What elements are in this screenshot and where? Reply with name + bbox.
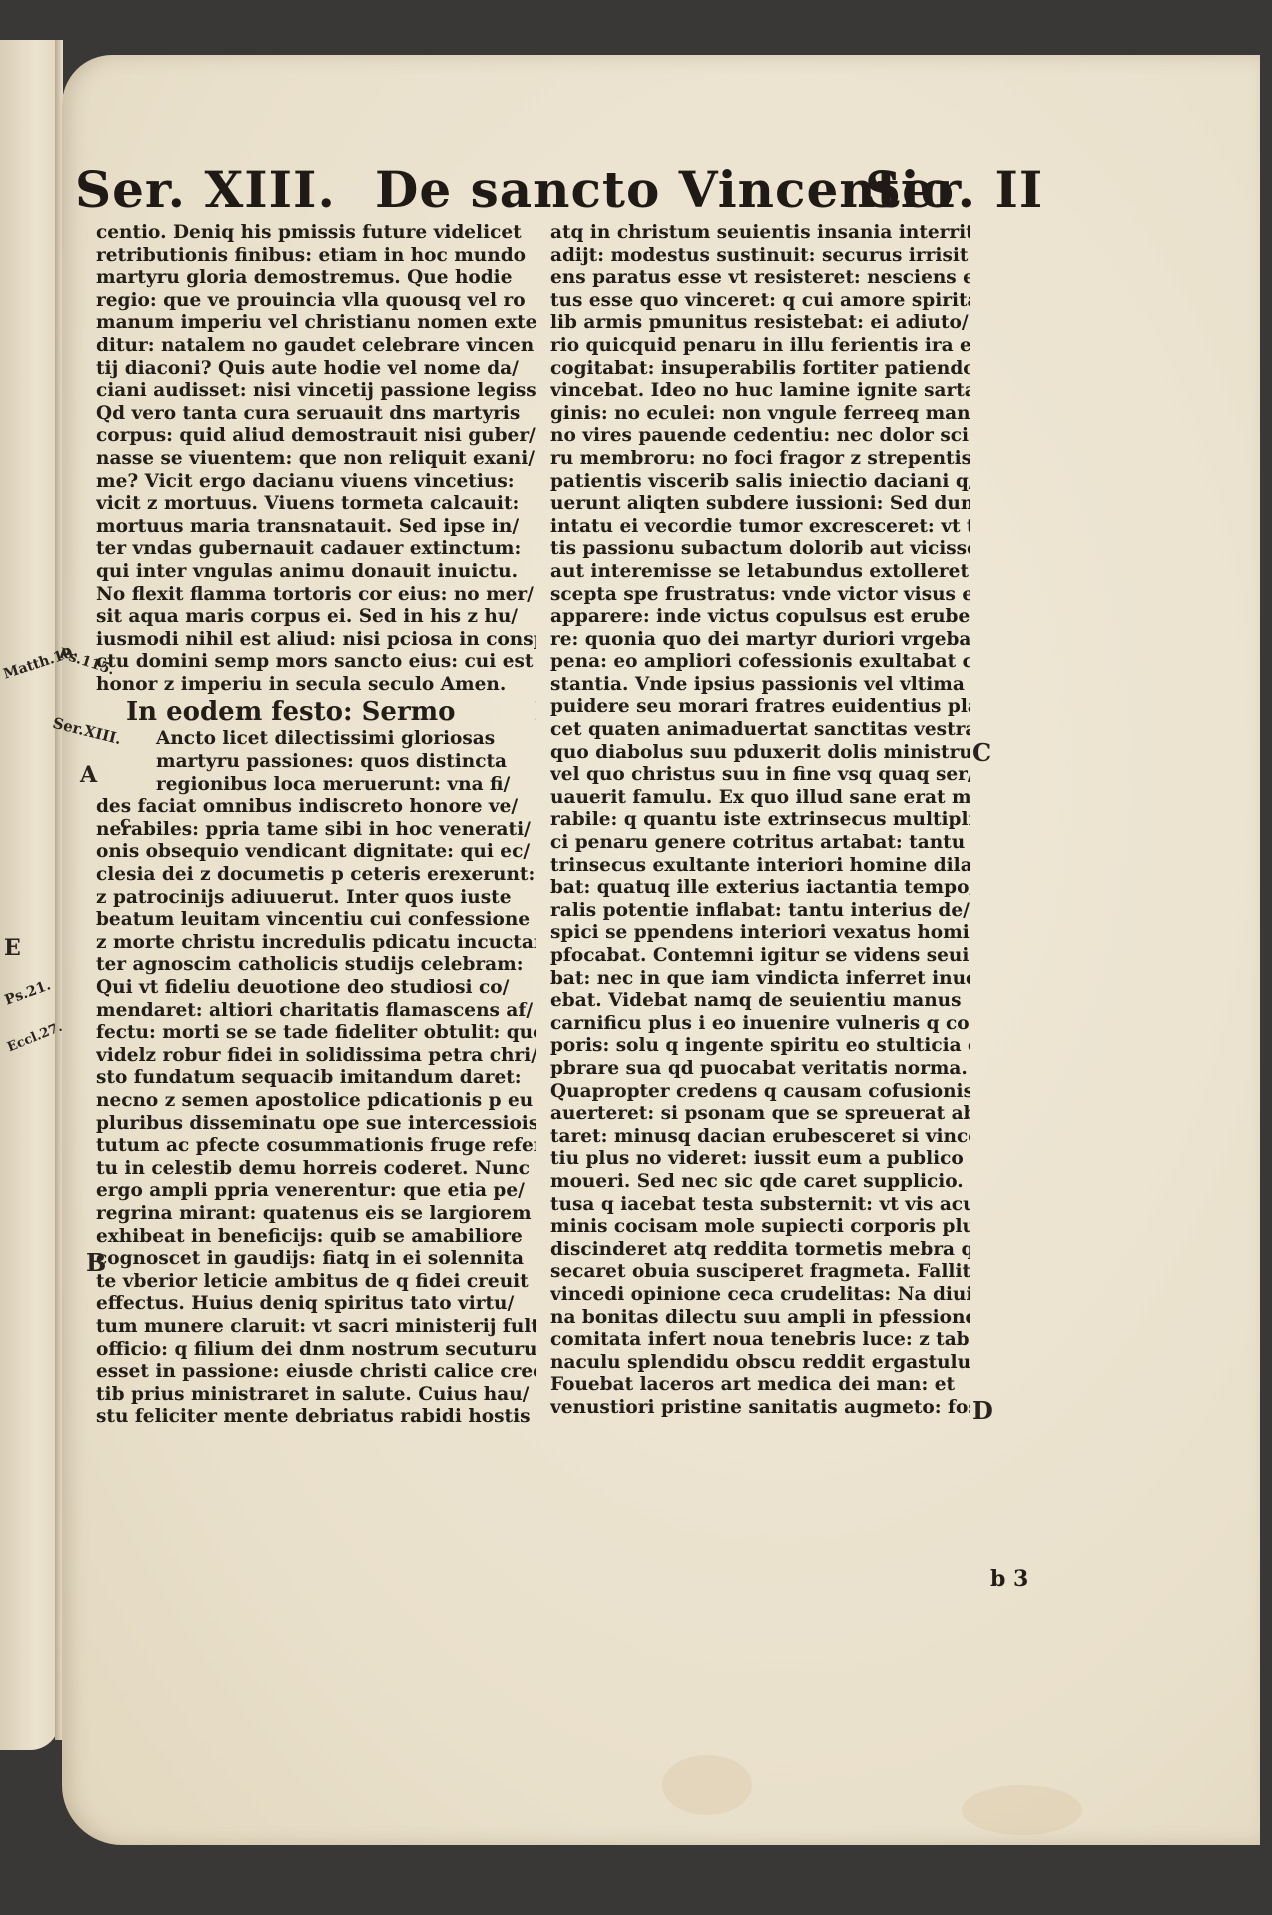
text-line: corpus: quid aliud demostrauit nisi gube… <box>96 425 536 448</box>
text-line: ctu domini semp mors sancto eius: cui es… <box>96 651 536 674</box>
text-line: vel quo christus suu in fine vsq quaq se… <box>550 764 970 787</box>
text-line: apparere: inde victus copulsus est erube… <box>550 606 970 629</box>
text-line: nasse se viuentem: que non reliquit exan… <box>96 448 536 471</box>
text-line: patientis viscerib salis iniectio dacian… <box>550 471 970 494</box>
text-line: pfocabat. Contemni igitur se videns seui… <box>550 945 970 968</box>
text-line: cognoscet in gaudijs: fiatq in ei solenn… <box>96 1248 536 1271</box>
margin-letter-a: A <box>80 762 97 788</box>
text-line: rio quicquid penaru in illu ferientis ir… <box>550 335 970 358</box>
text-line: Fouebat laceros art medica dei man: et <box>550 1374 970 1397</box>
text-line: beatum leuitam vincentiu cui confessione <box>96 909 536 932</box>
text-line: ginis: no eculei: non vngule ferreeq man… <box>550 403 970 426</box>
text-line: ditur: natalem no gaudet celebrare vince… <box>96 335 536 358</box>
text-line: rabile: q quantu iste extrinsecus multip… <box>550 809 970 832</box>
sermon-number: Ser. XIII. <box>75 160 336 219</box>
margin-letter-d-right: D <box>972 1396 993 1425</box>
text-line: z morte christu incredulis pdicatu incuc… <box>96 932 536 955</box>
text-line: pbrare sua qd puocabat veritatis norma. <box>550 1058 970 1081</box>
text-line: discinderet atq reddita tormetis mebra q <box>550 1239 970 1262</box>
running-head: Ser. XIII. De sancto Vincentio Ser. II <box>75 160 995 220</box>
text-line: scepta spe frustratus: vnde victor visus… <box>550 584 970 607</box>
text-line: tis passionu subactum dolorib aut viciss… <box>550 538 970 561</box>
text-line: martyru passiones: quos distincta <box>96 751 536 774</box>
text-line: tum munere claruit: vt sacri ministerij … <box>96 1316 536 1339</box>
text-line: carnificu plus i eo inuenire vulneris q … <box>550 1013 970 1036</box>
text-line: ergo ampli ppria venerentur: que etia pe… <box>96 1180 536 1203</box>
paper-stain <box>662 1755 752 1815</box>
text-line: tiu plus no videret: iussit eum a public… <box>550 1148 970 1171</box>
facing-page-edge <box>0 40 60 1750</box>
text-line: lib armis pmunitus resistebat: ei adiuto… <box>550 312 970 335</box>
text-line: na bonitas dilectu suu ampli in pfession… <box>550 1307 970 1330</box>
text-line: vincebat. Ideo no huc lamine ignite sart… <box>550 380 970 403</box>
text-line: sto fundatum sequacib imitandum daret: <box>96 1067 536 1090</box>
left-text-column: centio. Deniq his pmissis future videlic… <box>96 222 536 1429</box>
text-line: te vberior leticie ambitus de q fidei cr… <box>96 1271 536 1294</box>
section-heading: In eodem festo: Sermo II <box>126 698 536 726</box>
text-line: officio: q filium dei dnm nostrum secutu… <box>96 1339 536 1362</box>
text-line: manum imperiu vel christianu nomen exte <box>96 312 536 335</box>
text-line: me? Vicit ergo dacianu viuens vincetius: <box>96 471 536 494</box>
text-line: ebat. Videbat namq de seuientiu manus <box>550 990 970 1013</box>
margin-letter-c: c <box>120 812 131 833</box>
text-line: taret: minusq dacian erubesceret si vinc… <box>550 1126 970 1149</box>
text-line: iusmodi nihil est aliud: nisi pciosa in … <box>96 629 536 652</box>
text-line: necno z semen apostolice pdicationis p e… <box>96 1090 536 1113</box>
margin-letter-e: E <box>4 935 21 961</box>
text-line: exhibeat in beneficijs: quib se amabilio… <box>96 1226 536 1249</box>
text-line: des faciat omnibus indiscreto honore ve/ <box>96 796 536 819</box>
text-line: re: quonia quo dei martyr duriori vrgeba… <box>550 629 970 652</box>
text-line: pena: eo ampliori cofessionis exultabat … <box>550 651 970 674</box>
text-line: sit aqua maris corpus ei. Sed in his z h… <box>96 606 536 629</box>
text-line: spici se ppendens interiori vexatus homi… <box>550 922 970 945</box>
text-line: quo diabolus suu pduxerit dolis ministru <box>550 742 970 765</box>
text-line: Ancto licet dilectissimi gloriosas <box>96 728 536 751</box>
text-line: puidere seu morari fratres euidentius pl… <box>550 696 970 719</box>
text-line: Qd vero tanta cura seruauit dns martyris <box>96 403 536 426</box>
text-line: ter vndas gubernauit cadauer extinctum: <box>96 538 536 561</box>
text-line: intatu ei vecordie tumor excresceret: vt… <box>550 516 970 539</box>
text-line: comitata infert noua tenebris luce: z ta… <box>550 1329 970 1352</box>
text-line: cet quaten animaduertat sanctitas vestra <box>550 719 970 742</box>
text-line: regio: que ve prouincia vlla quousq vel … <box>96 290 536 313</box>
text-line: poris: solu q ingente spiritu eo stultic… <box>550 1035 970 1058</box>
text-line: tib prius ministraret in salute. Cuius h… <box>96 1384 536 1407</box>
text-line: clesia dei z documetis p ceteris erexeru… <box>96 864 536 887</box>
text-line: mendaret: altiori charitatis flamascens … <box>96 1000 536 1023</box>
text-line: ter agnoscim catholicis studijs celebram… <box>96 954 536 977</box>
text-line: centio. Deniq his pmissis future videlic… <box>96 222 536 245</box>
text-line: tutum ac pfecte cosummationis fruge refe… <box>96 1135 536 1158</box>
signature-mark: b 3 <box>990 1566 1028 1592</box>
section-heading-number: II <box>535 698 536 726</box>
text-line: Qui vt fideliu deuotione deo studiosi co… <box>96 977 536 1000</box>
text-line: videlz robur fidei in solidissima petra … <box>96 1045 536 1068</box>
text-line: regionibus loca meruerunt: vna fi/ <box>96 774 536 797</box>
paper-stain <box>962 1785 1082 1835</box>
text-line: ralis potentie inflabat: tantu interius … <box>550 900 970 923</box>
section-heading-text: In eodem festo: Sermo <box>126 698 456 726</box>
text-line: nerabiles: ppria tame sibi in hoc venera… <box>96 819 536 842</box>
text-line: auerteret: si psonam que se spreuerat ab… <box>550 1103 970 1126</box>
text-line: naculu splendidu obscu reddit ergastulu. <box>550 1352 970 1375</box>
text-line: uerunt aliqten subdere iussioni: Sed dum <box>550 493 970 516</box>
text-line: z patrocinijs adiuuerut. Inter quos iust… <box>96 887 536 910</box>
margin-letter-c-right: C <box>972 738 991 767</box>
text-line: aut interemisse se letabundus extolleret… <box>550 561 970 584</box>
text-line: stantia. Vnde ipsius passionis vel vltim… <box>550 674 970 697</box>
text-line: bat: quatuq ille exterius iactantia temp… <box>550 877 970 900</box>
text-line: retributionis finibus: etiam in hoc mund… <box>96 245 536 268</box>
text-line: regrina mirant: quatenus eis se largiore… <box>96 1203 536 1226</box>
text-line: adijt: modestus sustinuit: securus irris… <box>550 245 970 268</box>
text-line: venustiori pristine sanitatis augmeto: f… <box>550 1397 970 1420</box>
text-line: tus esse quo vinceret: q cui amore spiri… <box>550 290 970 313</box>
text-line: Quapropter credens q causam cofusionis <box>550 1081 970 1104</box>
text-line: uauerit famulu. Ex quo illud sane erat m… <box>550 787 970 810</box>
text-line: martyru gloria demostremus. Que hodie <box>96 267 536 290</box>
text-line: esset in passione: eiusde christi calice… <box>96 1361 536 1384</box>
text-line: ciani audisset: nisi vincetij passione l… <box>96 380 536 403</box>
text-line: tusa q iacebat testa substernit: vt vis … <box>550 1194 970 1217</box>
text-line: ens paratus esse vt resisteret: nesciens… <box>550 267 970 290</box>
text-line: minis cocisam mole supiecti corporis plu… <box>550 1216 970 1239</box>
text-line: bat: nec in que iam vindicta inferret in… <box>550 968 970 991</box>
text-line: stu feliciter mente debriatus rabidi hos… <box>96 1406 536 1429</box>
text-line: vincedi opinione ceca crudelitas: Na diu… <box>550 1284 970 1307</box>
text-line: effectus. Huius deniq spiritus tato virt… <box>96 1293 536 1316</box>
text-line: trinsecus exultante interiori homine dil… <box>550 855 970 878</box>
text-line: ru membroru: no foci fragor z strepentis… <box>550 448 970 471</box>
text-line: secaret obuia susciperet fragmeta. Falli… <box>550 1261 970 1284</box>
right-text-column: atq in christum seuientis insania interr… <box>550 222 970 1419</box>
text-line: pluribus disseminatu ope sue intercessio… <box>96 1113 536 1136</box>
sermon-part: Ser. II <box>865 160 1043 219</box>
text-line: qui inter vngulas animu donauit inuictu. <box>96 561 536 584</box>
text-line: mortuus maria transnatauit. Sed ipse in/ <box>96 516 536 539</box>
text-line: no vires pauende cedentiu: nec dolor sci… <box>550 425 970 448</box>
margin-letter-b: B <box>86 1248 106 1277</box>
text-line: vicit z mortuus. Viuens tormeta calcauit… <box>96 493 536 516</box>
text-line: honor z imperiu in secula seculo Amen. <box>96 674 536 697</box>
text-line: moueri. Sed nec sic qde caret supplicio.… <box>550 1171 970 1194</box>
text-line: atq in christum seuientis insania interr… <box>550 222 970 245</box>
text-line: cogitabat: insuperabilis fortiter patien… <box>550 358 970 381</box>
text-line: fectu: morti se se tade fideliter obtuli… <box>96 1022 536 1045</box>
text-line: ci penaru genere cotritus artabat: tantu… <box>550 832 970 855</box>
text-line: tu in celestib demu horreis coderet. Nun… <box>96 1158 536 1181</box>
text-line: tij diaconi? Quis aute hodie vel nome da… <box>96 358 536 381</box>
text-line: onis obsequio vendicant dignitate: qui e… <box>96 841 536 864</box>
text-line: No flexit flamma tortoris cor eius: no m… <box>96 584 536 607</box>
